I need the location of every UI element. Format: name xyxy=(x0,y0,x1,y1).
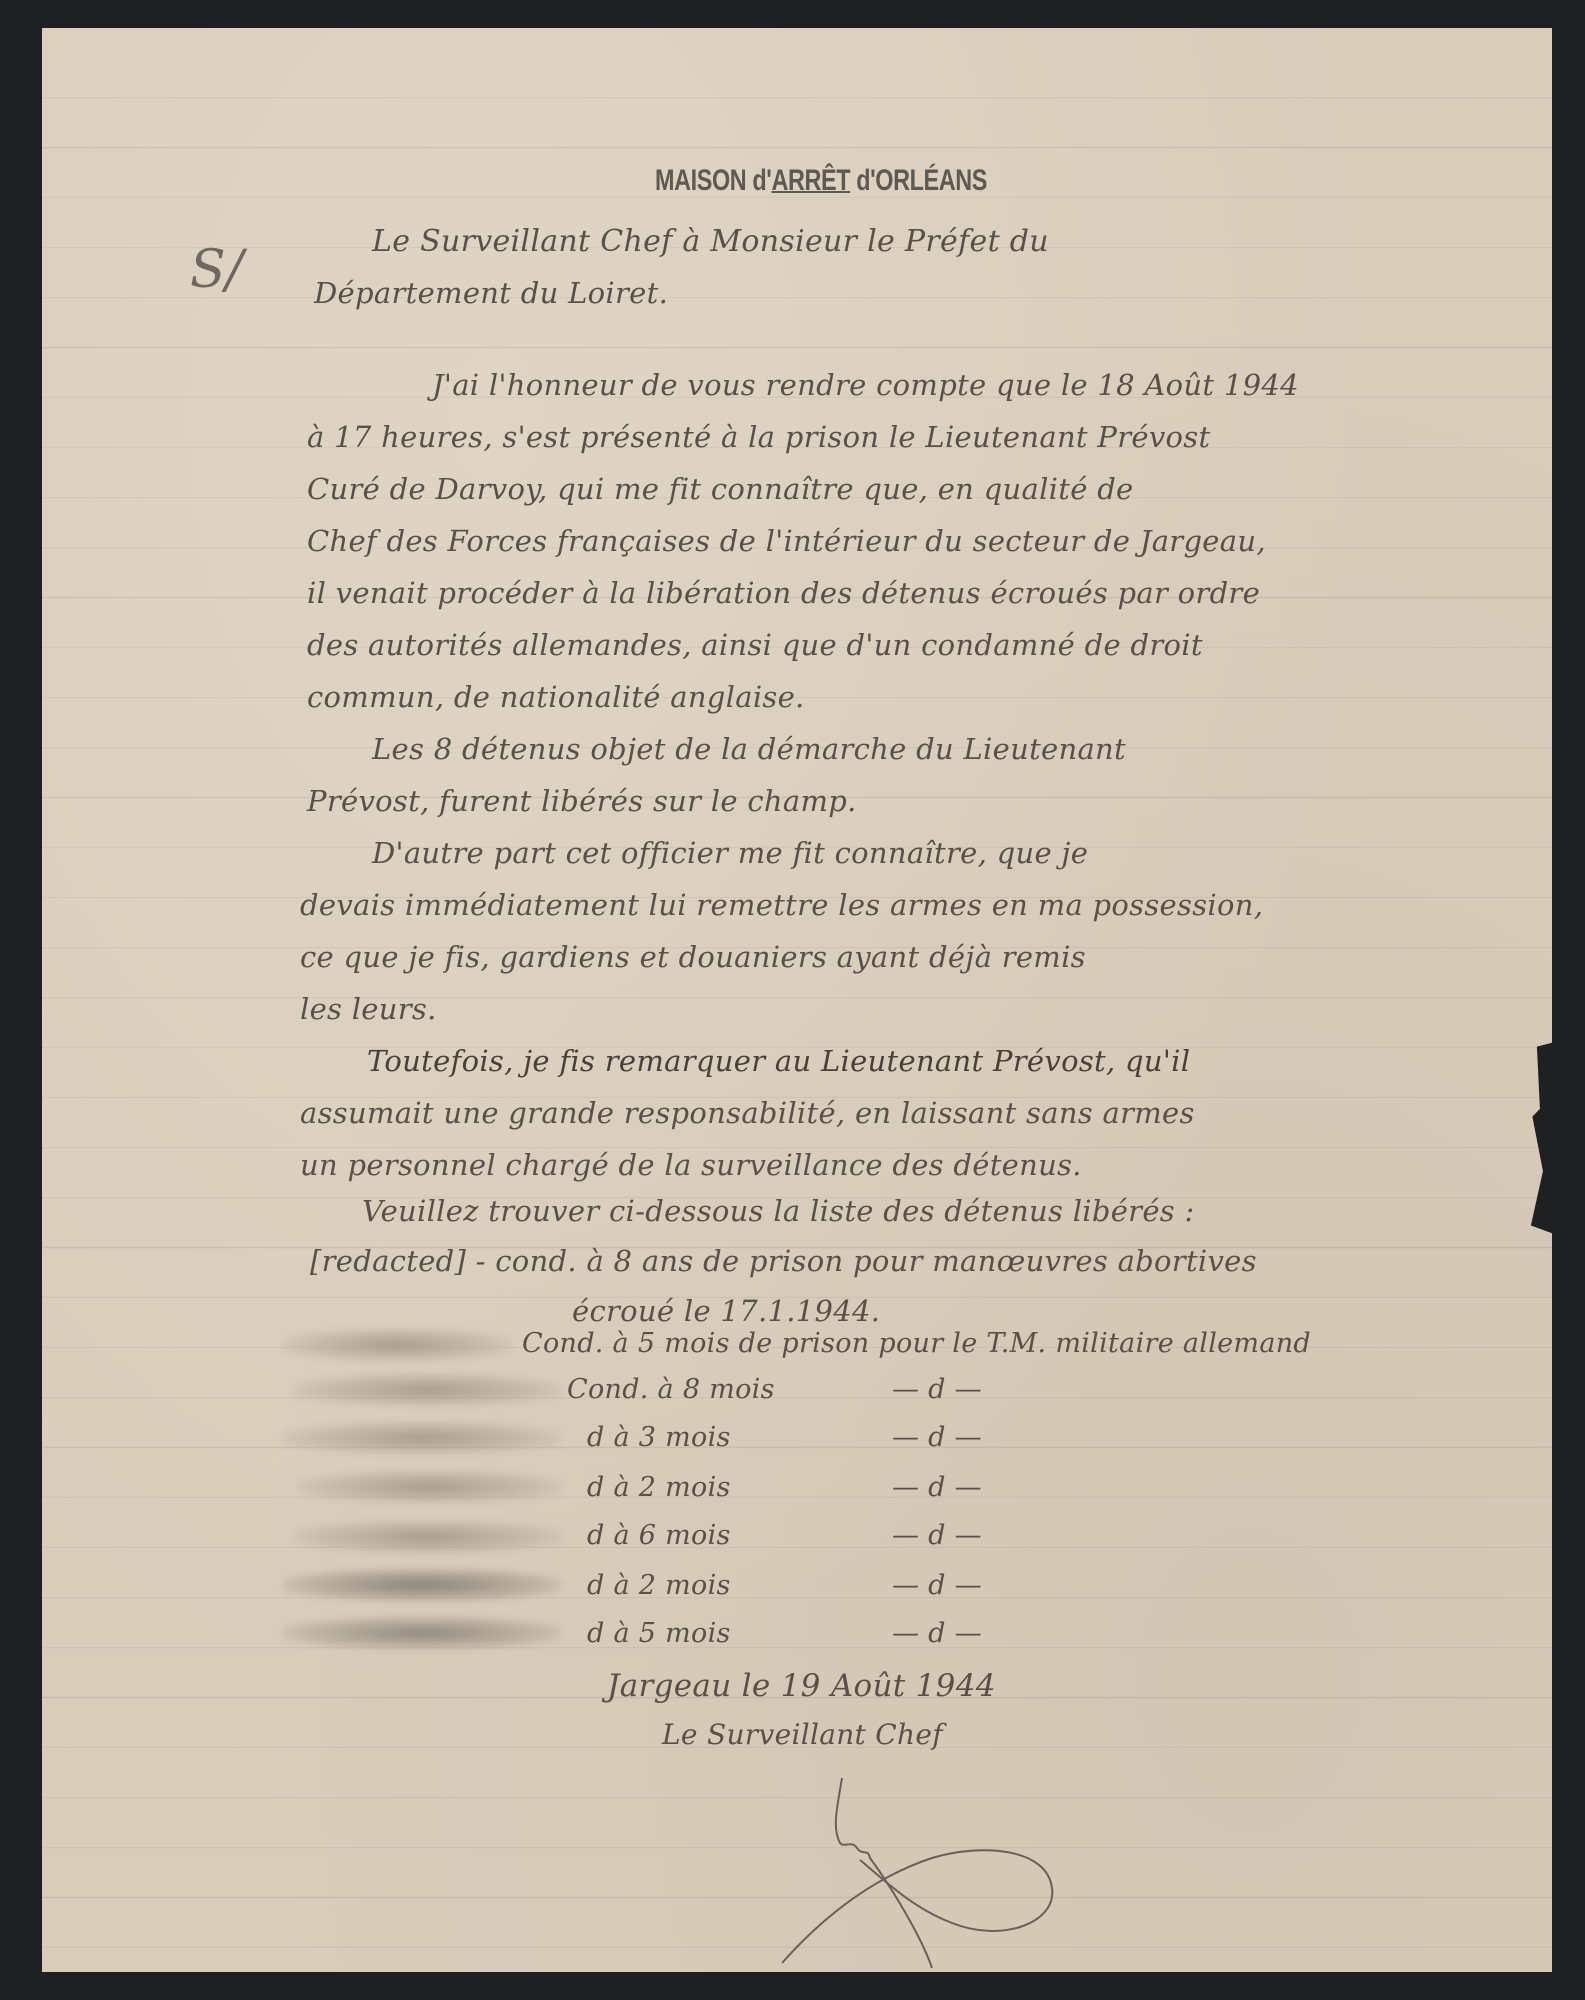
stamp-suffix: d'ORLÉANS xyxy=(850,164,987,197)
ditto-mark: — d — xyxy=(892,1618,982,1649)
redacted-name xyxy=(292,1373,562,1407)
body-line: assumait une grande responsabilité, en l… xyxy=(300,1096,1195,1130)
salutation-line: Le Surveillant Chef à Monsieur le Préfet… xyxy=(372,224,1049,259)
redacted-name xyxy=(292,1520,562,1554)
body-line: Les 8 détenus objet de la démarche du Li… xyxy=(372,732,1126,766)
body-line: Chef des Forces françaises de l'intérieu… xyxy=(307,524,1266,558)
institution-stamp-header: MAISON d'ARRÊT d'ORLÉANS xyxy=(655,164,987,198)
sentence: Cond. à 5 mois de prison pour le T.M. mi… xyxy=(522,1328,1311,1359)
body-line: Toutefois, je fis remarquer au Lieutenan… xyxy=(367,1044,1190,1078)
sentence: Cond. à 8 mois xyxy=(567,1374,775,1405)
document-page: MAISON d'ARRÊT d'ORLÉANS S/ Le Surveilla… xyxy=(42,28,1552,1972)
body-line: Curé de Darvoy, qui me fit connaître que… xyxy=(307,472,1134,506)
body-line: J'ai l'honneur de vous rendre compte que… xyxy=(432,368,1299,402)
body-line: un personnel chargé de la surveillance d… xyxy=(300,1148,1082,1182)
ditto-mark: — d — xyxy=(892,1472,982,1503)
ditto-mark: — d — xyxy=(892,1422,982,1453)
body-line: Veuillez trouver ci-dessous la liste des… xyxy=(362,1194,1195,1228)
redacted-name xyxy=(297,1470,562,1504)
body-line: Prévost, furent libérés sur le champ. xyxy=(307,784,857,818)
sentence: d à 2 mois xyxy=(587,1472,731,1503)
signatory-title: Le Surveillant Chef xyxy=(662,1718,943,1751)
body-line: D'autre part cet officier me fit connaît… xyxy=(372,836,1088,870)
sentence: d à 3 mois xyxy=(587,1422,731,1453)
body-line: les leurs. xyxy=(300,992,437,1026)
body-line: devais immédiatement lui remettre les ar… xyxy=(300,888,1263,922)
ditto-mark: — d — xyxy=(892,1570,982,1601)
body-line: commun, de nationalité anglaise. xyxy=(307,680,805,714)
salutation-line: Département du Loiret. xyxy=(314,276,668,310)
redacted-name xyxy=(282,1328,512,1362)
ditto-mark: — d — xyxy=(892,1374,982,1405)
body-line: [redacted] - cond. à 8 ans de prison pou… xyxy=(310,1244,1257,1278)
margin-annotation: S/ xyxy=(190,240,243,300)
redacted-name xyxy=(282,1421,562,1455)
stamp-underlined-word: ARRÊT xyxy=(771,164,850,197)
sentence: d à 5 mois xyxy=(587,1618,731,1649)
place-date: Jargeau le 19 Août 1944 xyxy=(607,1668,996,1704)
body-line: ce que je fis, gardiens et douaniers aya… xyxy=(300,940,1086,974)
stamp-prefix: MAISON d' xyxy=(655,164,771,197)
redacted-name xyxy=(282,1616,562,1650)
sentence: d à 6 mois xyxy=(587,1520,731,1551)
ditto-mark: — d — xyxy=(892,1520,982,1551)
sentence: d à 2 mois xyxy=(587,1570,731,1601)
body-line: il venait procéder à la libération des d… xyxy=(307,576,1260,610)
body-line: écroué le 17.1.1944. xyxy=(572,1294,880,1328)
body-line: des autorités allemandes, ainsi que d'un… xyxy=(307,628,1203,662)
signature-icon xyxy=(782,1748,1072,1978)
redacted-name xyxy=(282,1568,562,1602)
body-line: à 17 heures, s'est présenté à la prison … xyxy=(307,420,1210,454)
